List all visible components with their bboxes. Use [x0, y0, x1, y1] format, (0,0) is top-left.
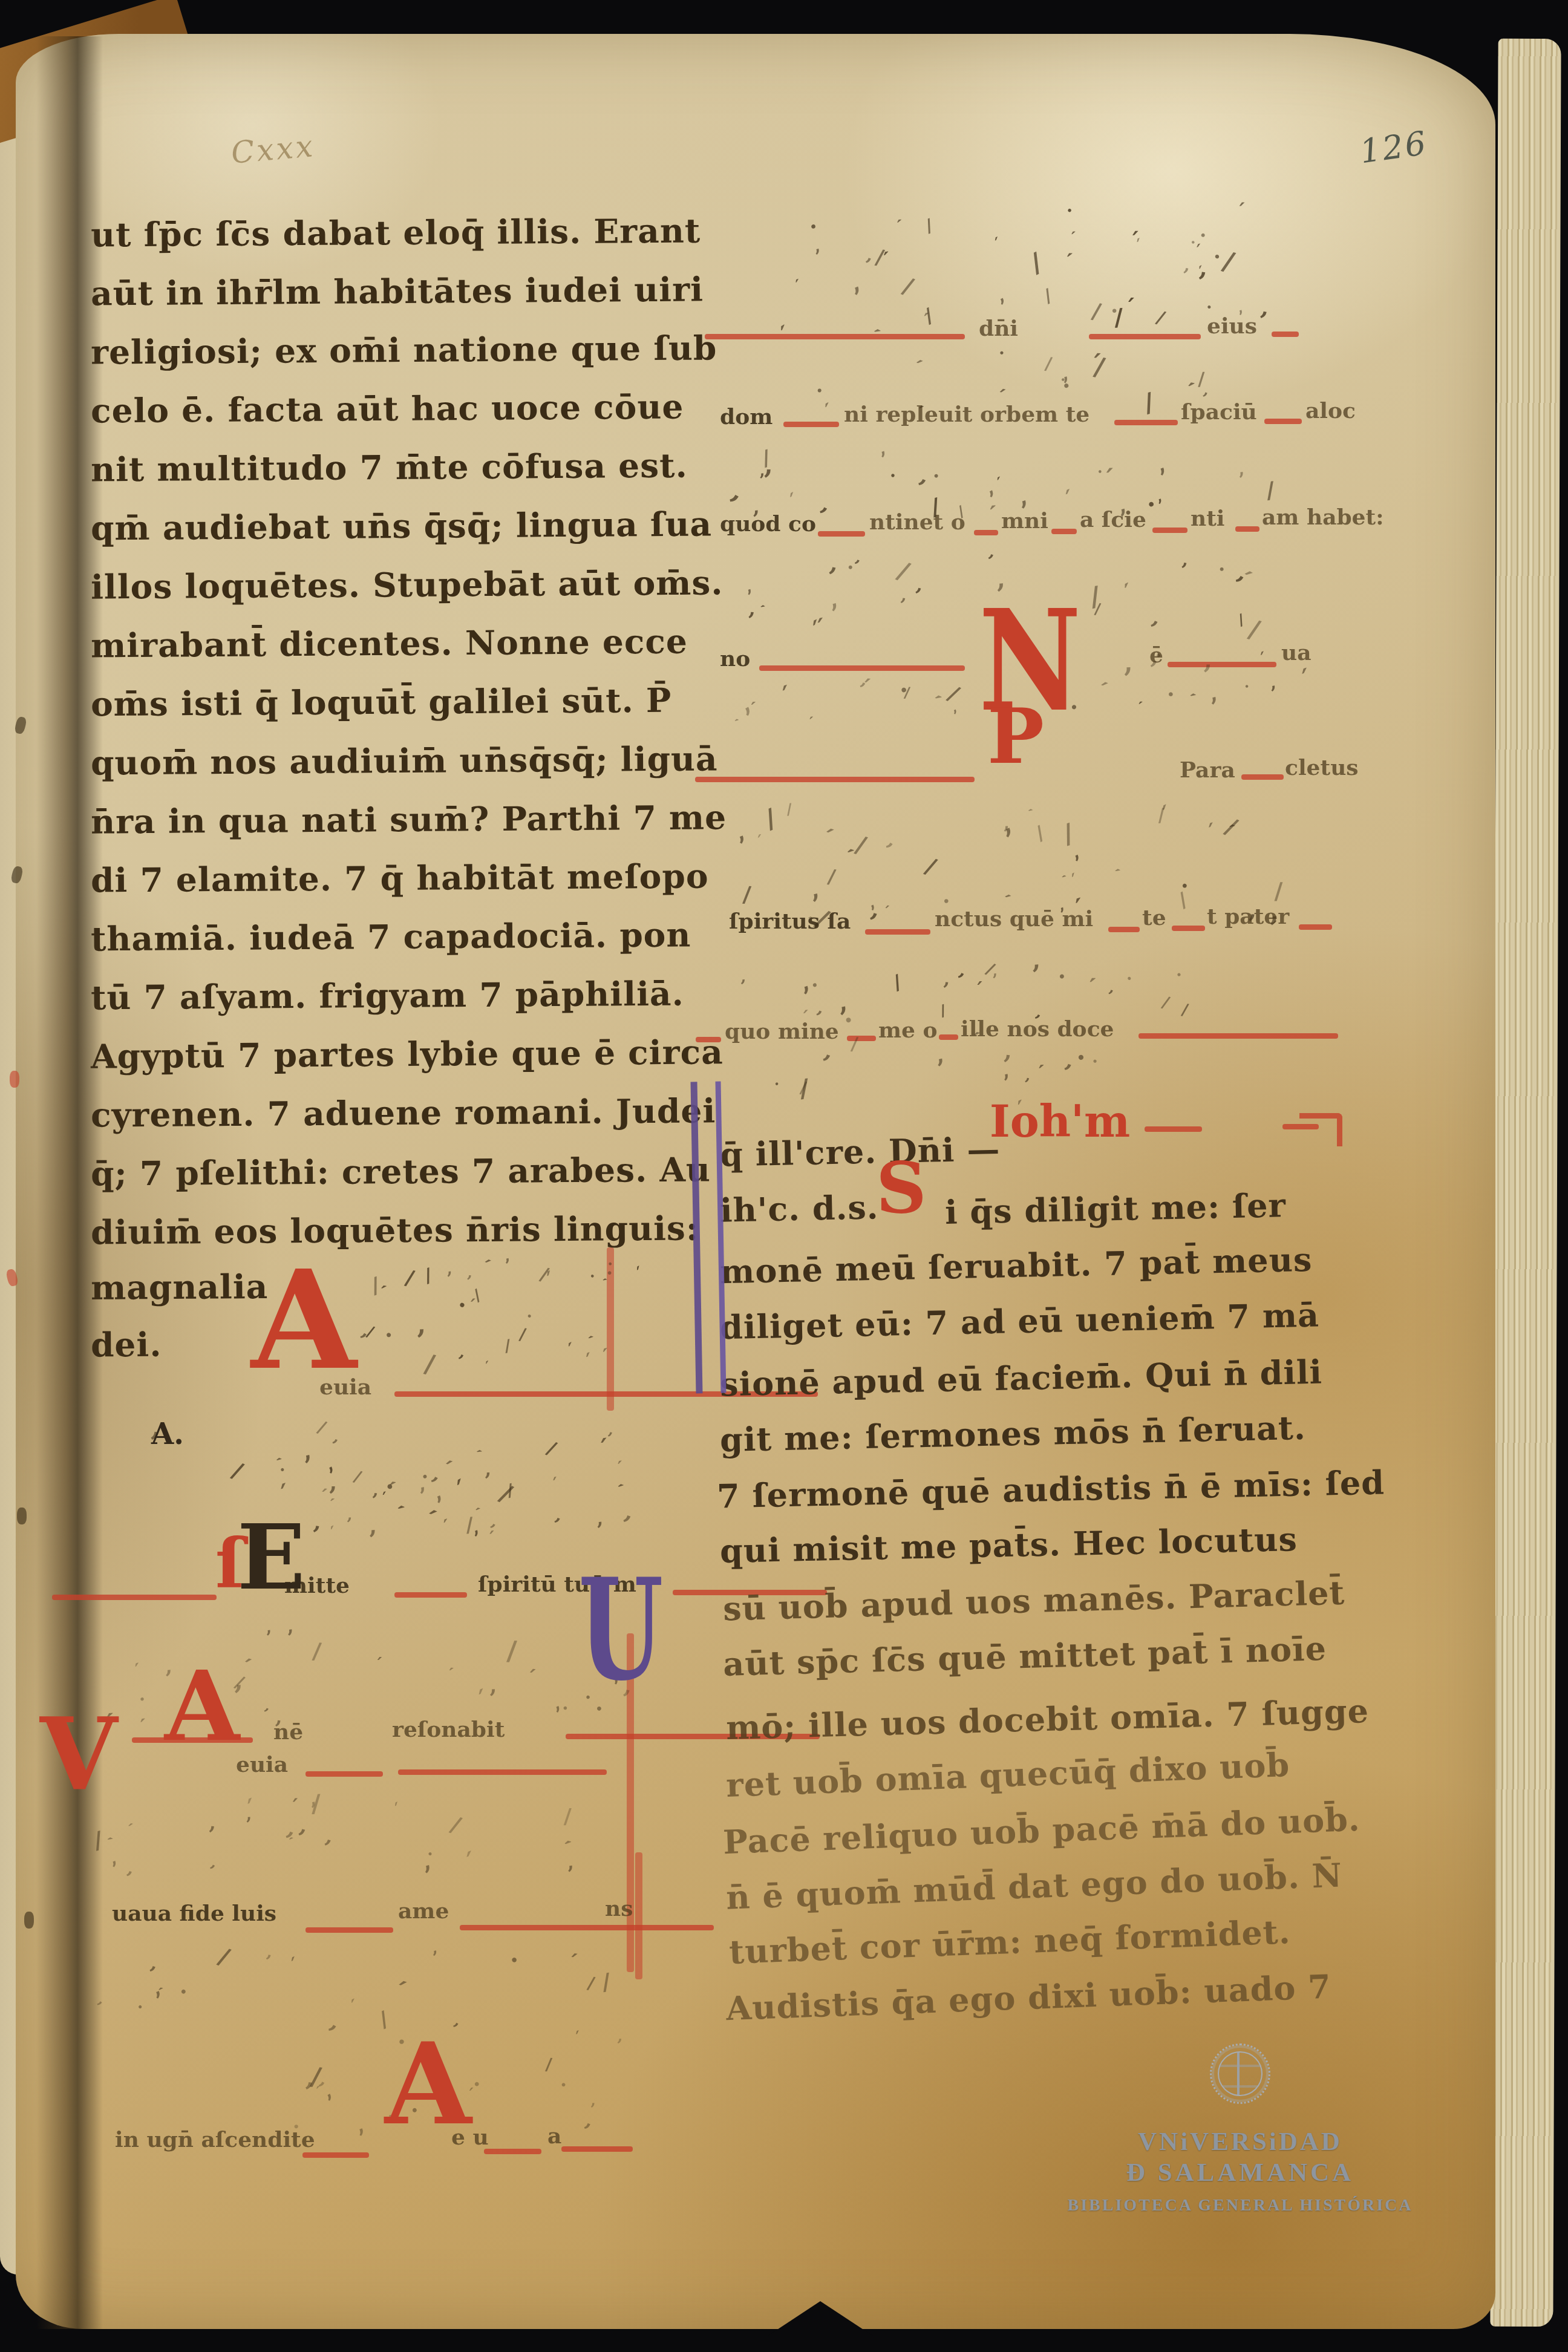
red-filler-rule [305, 1927, 393, 1933]
manuscript-text-line: ut ſp̄c ſc̄s dabat eloq̄ illis. Erant [91, 211, 701, 254]
chant-lyric-fragment: mni [1001, 508, 1048, 534]
neume-mark: ˊ [289, 1796, 299, 1819]
neume-mark: ˊ [974, 980, 983, 1002]
small-initial-a: A. [151, 1422, 184, 1448]
chant-lyric-fragment: eius [1207, 313, 1257, 339]
neume-mark: ʼ [346, 1514, 352, 1534]
chant-lyric-fragment: Para [1180, 757, 1235, 783]
chant-lyric-fragment: t pater [1207, 904, 1289, 929]
neume-mark: ˊ [1125, 295, 1136, 321]
red-filler-rule [1235, 526, 1259, 532]
manuscript-text-line: om̄s isti q̄ loquūt̄ galilei sūt. P̄ [91, 681, 672, 724]
manuscript-text-line: qm̄ audiebat un̄s q̄sq̄; lingua ſua [91, 504, 713, 547]
verse-initial-v: V [40, 1710, 117, 1800]
watermark-library-name: BIBLIOTECA GENERAL HISTÓRICA [1028, 2196, 1452, 2215]
chant-lyric-fragment: ille nos doce [961, 1016, 1114, 1042]
chant-lyric-fragment: quod co [720, 511, 816, 537]
neume-mark: ∕ [742, 881, 751, 908]
red-filler-rule [705, 334, 965, 339]
neume-mark: ˏ [448, 1650, 455, 1671]
manuscript-text-line: ih'c. d.s. [719, 1187, 879, 1229]
red-filler-rule [1114, 420, 1178, 425]
chant-lyric-fragment: ē [1149, 642, 1163, 668]
chant-lyric-fragment: te [1142, 905, 1166, 930]
margin-fragment-mark [24, 1912, 34, 1929]
manuscript-text-line: cyrenen. 7 aduene romani. Judei [91, 1091, 716, 1134]
chant-lyric-fragment: a ſcie [1080, 507, 1146, 532]
chant-lyric-fragment: ua [1281, 640, 1312, 665]
red-filler-rule [302, 2152, 369, 2158]
watermark-university-name: VNiVERSiDAD [1028, 2127, 1452, 2157]
red-filler-rule [865, 929, 930, 935]
purple-initial-i-bar [691, 1082, 727, 1394]
neume-mark: , [416, 1309, 426, 1339]
chant-lyric-fragment: ame [398, 1898, 449, 1924]
red-filler-rule [1152, 528, 1187, 533]
manuscript-text-line: illos loquētes. Stupebāt aūt om̄s. [91, 563, 724, 606]
manuscript-text-line: n̄ra in qua nati sum̄? Parthi 7 me [91, 797, 727, 841]
chant-lyric-fragment: ntinet o [869, 509, 965, 535]
neume-mark: , [1203, 645, 1212, 675]
red-filler-rule [460, 1925, 714, 1930]
neume-mark: ˊ [1102, 464, 1115, 494]
si-quis-initial-s: S [876, 1157, 927, 1220]
red-rubric-bracket [1299, 1113, 1342, 1146]
margin-fragment-mark [17, 1508, 27, 1524]
red-filler-rule [1241, 774, 1284, 780]
neume-mark: ˏ [750, 684, 757, 705]
red-filler-rule [783, 422, 839, 427]
red-vertical-rule [635, 1852, 642, 1979]
alleluia-initial-a-2: A [165, 1662, 240, 1749]
red-filler-rule [305, 1771, 383, 1777]
manuscript-text-line: dei. [91, 1325, 162, 1365]
red-filler-rule [1172, 926, 1205, 931]
library-watermark: VNiVERSiDAD Ð SALAMANCA BIBLIOTECA GENER… [1028, 2043, 1452, 2215]
red-filler-rule [974, 530, 998, 535]
chant-lyric-fragment: ſpaciū [1181, 399, 1257, 425]
red-filler-rule [1145, 1126, 1202, 1132]
chant-lyric-fragment: nē [273, 1719, 303, 1745]
red-filler-rule [818, 531, 865, 537]
old-folio-mark: Cxxx [230, 128, 316, 171]
red-filler-rule [484, 2149, 541, 2154]
manuscript-text-line: mirabant̄ dicentes. Nonne ecce [91, 622, 688, 665]
neume-mark: ∕ [1198, 368, 1204, 390]
page-stack-fore-edge [1490, 39, 1561, 2327]
chant-lyric-fragment: ſpiritus ſa [729, 909, 851, 934]
neume-mark: ∕ [1114, 304, 1124, 332]
manuscript-text-line: nit multitudo 7 m̄te cōfusa est. [91, 446, 688, 489]
neume-mark: ʼ [589, 2100, 595, 2119]
chant-lyric-fragment: dom [720, 404, 773, 430]
chant-lyric-fragment: a [547, 2123, 561, 2149]
neume-mark: , [748, 596, 756, 621]
chant-lyric-fragment: aloc [1305, 398, 1356, 423]
chant-lyric-fragment: uaua fide luis [112, 1901, 276, 1926]
manuscript-text-line: q̄ ill'cre. Dn̄i — [719, 1129, 1001, 1174]
watermark-university-name-2: Ð SALAMANCA [1028, 2158, 1452, 2187]
chant-lyric-fragment: nti [1191, 506, 1224, 531]
manuscript-text-line: diuim̄ eos loquētes n̄ris linguis: [91, 1208, 699, 1252]
neume-mark: ∕ [1274, 877, 1282, 904]
neume-mark: ˏ [1088, 953, 1097, 983]
neume-mark: ˊ [486, 1528, 496, 1549]
manuscript-text-line: q̄; 7 pſelithi: cretes 7 arabes. Au [91, 1149, 711, 1193]
neume-mark: ˏ [895, 201, 903, 223]
chant-lyric-fragment: me o [878, 1018, 938, 1043]
neume-mark: ∕ [506, 1636, 517, 1667]
red-filler-rule [52, 1595, 217, 1600]
neume-mark: · [1176, 965, 1183, 985]
manuscript-text-line: aūt in ihr̄lm habitātes iudei uiri [91, 269, 704, 313]
chant-lyric-fragment: am habet: [1262, 505, 1383, 530]
neume-mark: , [484, 1458, 492, 1481]
red-filler-rule [398, 1769, 607, 1775]
neume-mark: ˊ [524, 1666, 537, 1691]
red-filler-rule [1299, 924, 1332, 930]
neume-mark: ˏ [921, 293, 930, 318]
neume-mark: ʼ [740, 976, 746, 996]
red-filler-rule [394, 1592, 467, 1598]
red-filler-rule [561, 2146, 633, 2152]
neume-mark: ∕ [1157, 805, 1165, 827]
red-filler-rule [1108, 927, 1140, 932]
neume-mark: ˊ [467, 1296, 476, 1317]
purple-initial-u: U [578, 1568, 663, 1693]
red-filler-rule [1138, 1033, 1338, 1039]
red-filler-rule [759, 665, 965, 671]
chant-lyric-fragment: euia [236, 1752, 288, 1777]
chant-lyric-fragment: in ugn̄ aſcendite [115, 2127, 315, 2152]
red-filler-rule [939, 1034, 958, 1040]
neume-mark: , [209, 1811, 217, 1834]
alleluia-initial-a-1: A [251, 1259, 357, 1382]
alleluia-initial-a-3: A [385, 2034, 472, 2135]
chant-lyric-fragment: nctus quē mi [935, 906, 1093, 932]
red-filler-rule [1089, 334, 1201, 339]
emitte-initial-e: E [237, 1517, 305, 1598]
chant-lyric-fragment: reſonabit [392, 1717, 505, 1742]
red-filler-rule [1264, 419, 1302, 424]
neume-mark: ˊ [882, 903, 890, 921]
manuscript-text-line: tū 7 aſyam. frigyam 7 pāphiliā. [91, 974, 684, 1018]
neume-mark: , [764, 450, 773, 480]
manuscript-text-line: celo ē. facta aūt hac uoce cōue [91, 387, 684, 431]
neume-mark: ˊ [374, 1654, 383, 1674]
chant-lyric-fragment: cletus [1285, 755, 1359, 780]
rubric-iohannem: Ioh'm [990, 1102, 1130, 1142]
neume-mark: , [489, 1673, 497, 1699]
manuscript-text-line: quom̄ nos audiuim̄ un̄sq̄sq̄; liguā [91, 739, 718, 782]
red-filler-rule [1051, 529, 1077, 534]
manuscript-text-line: Agyptū 7 partes lybie que ē circa [91, 1032, 724, 1076]
manuscript-text-line: thamiā. iudeā 7 capadociā. pon [91, 915, 691, 959]
neume-mark: ˊ [1235, 200, 1246, 223]
chant-lyric-fragment: dn̄i [979, 316, 1018, 341]
manuscript-text-line: religiosi; ex om̄i natione que ſub [91, 328, 717, 371]
neume-mark: · [1066, 200, 1073, 221]
neume-mark: · [1214, 245, 1221, 269]
neume-mark: ˊ [1089, 350, 1103, 380]
chant-lyric-fragment: ni repleuit orbem te [844, 402, 1089, 427]
neume-mark: ˏ [1036, 1044, 1045, 1069]
red-filler-rule [695, 777, 975, 782]
manuscript-text-line: di 7 elamite. 7 q̄ habitāt meſopo [91, 856, 709, 900]
paraclitus-initial-p: P [987, 703, 1044, 771]
manuscript-photo: Cxxx 126 ut ſp̄c ſc̄s dabat eloq̄ illis.… [0, 0, 1568, 2352]
university-of-salamanca-seal-icon [1210, 2043, 1270, 2104]
manuscript-text-line: magnalia [91, 1267, 269, 1307]
red-filler-rule [1272, 332, 1299, 337]
chant-lyric-fragment: no [720, 646, 750, 671]
chant-lyric-fragment: quo mine [725, 1019, 839, 1044]
chant-lyric-fragment: ns [605, 1896, 633, 1921]
manuscript-text-line: i q̄s diligit me: ſer [944, 1186, 1286, 1232]
margin-fragment-mark [10, 1071, 19, 1088]
neume-mark: ˏ [1138, 686, 1143, 705]
